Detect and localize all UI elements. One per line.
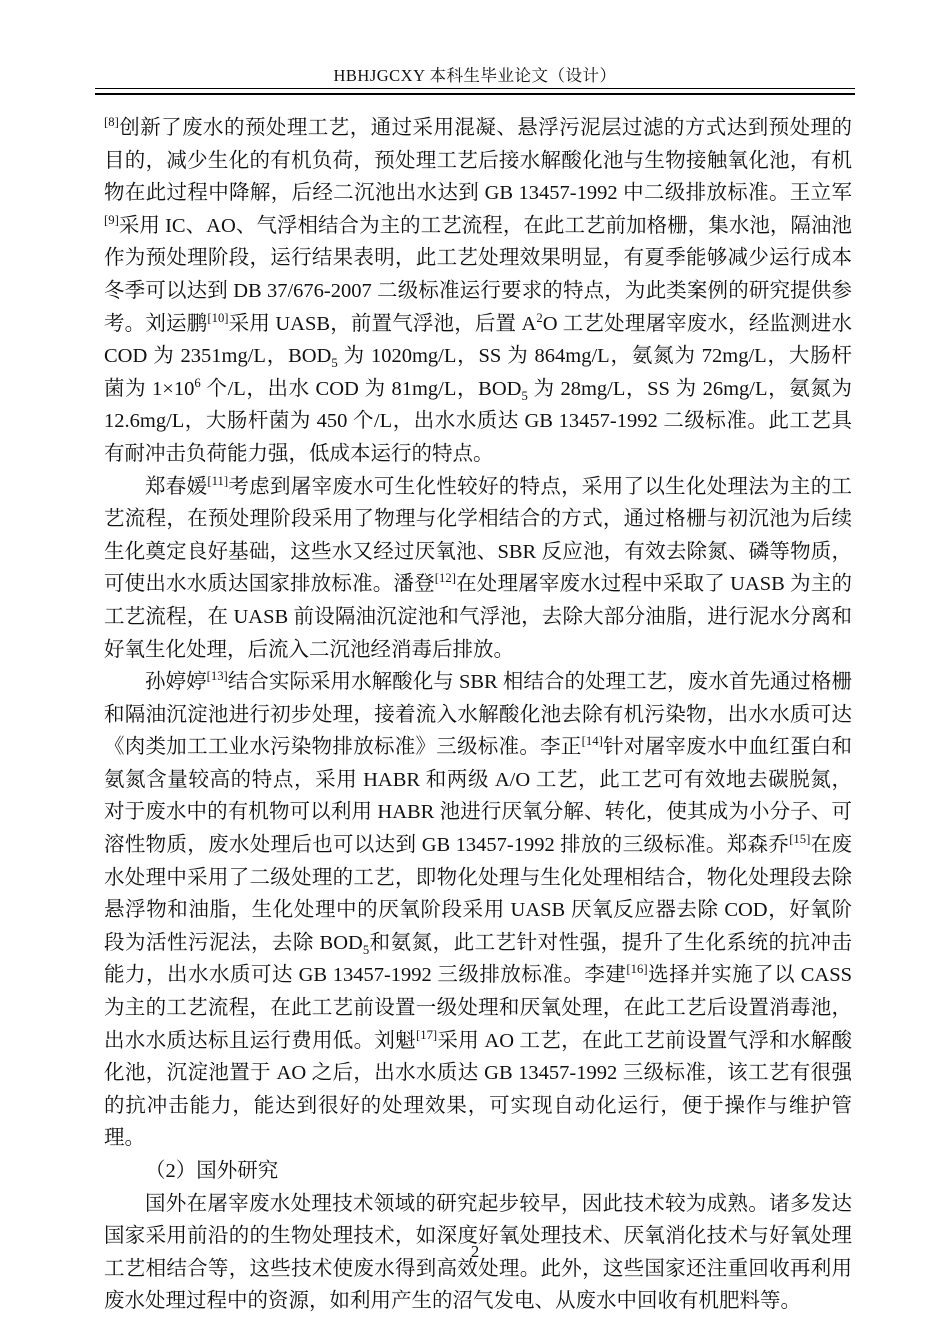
citation-superscript: [13] (207, 669, 228, 683)
citation-superscript: [17] (416, 1028, 437, 1042)
page-number: 2 (0, 1242, 950, 1262)
citation-superscript: [8] (104, 115, 119, 129)
paragraph-3: 孙婷婷[13]结合实际采用水解酸化与 SBR 相结合的处理工艺，废水首先通过格栅… (104, 666, 852, 1155)
citation-superscript: [12] (435, 571, 456, 585)
citation-superscript: [14] (582, 734, 603, 748)
subscript: 5 (331, 356, 337, 370)
superscript: 2 (536, 311, 542, 325)
superscript: 6 (194, 376, 200, 390)
paragraph-4: （2）国外研究 (104, 1155, 852, 1188)
paragraph-2: 郑春媛[11]考虑到屠宰废水可生化性较好的特点，采用了以生化处理法为主的工艺流程… (104, 471, 852, 667)
citation-superscript: [10] (207, 311, 228, 325)
page-header-title: HBHJGCXY 本科生毕业论文（设计） (95, 66, 855, 86)
citation-superscript: [16] (626, 963, 647, 977)
subscript: 5 (363, 943, 369, 957)
subscript: 5 (521, 389, 527, 403)
document-page: HBHJGCXY 本科生毕业论文（设计） [8]创新了废水的预处理工艺，通过采用… (0, 0, 950, 1344)
document-body: [8]创新了废水的预处理工艺，通过采用混凝、悬浮污泥层过滤的方式达到预处理的目的… (104, 112, 852, 1318)
header-divider-rule (95, 88, 855, 95)
citation-superscript: [11] (207, 474, 228, 488)
citation-superscript: [15] (789, 832, 810, 846)
citation-superscript: [9] (104, 213, 119, 227)
paragraph-1: [8]创新了废水的预处理工艺，通过采用混凝、悬浮污泥层过滤的方式达到预处理的目的… (104, 112, 852, 471)
